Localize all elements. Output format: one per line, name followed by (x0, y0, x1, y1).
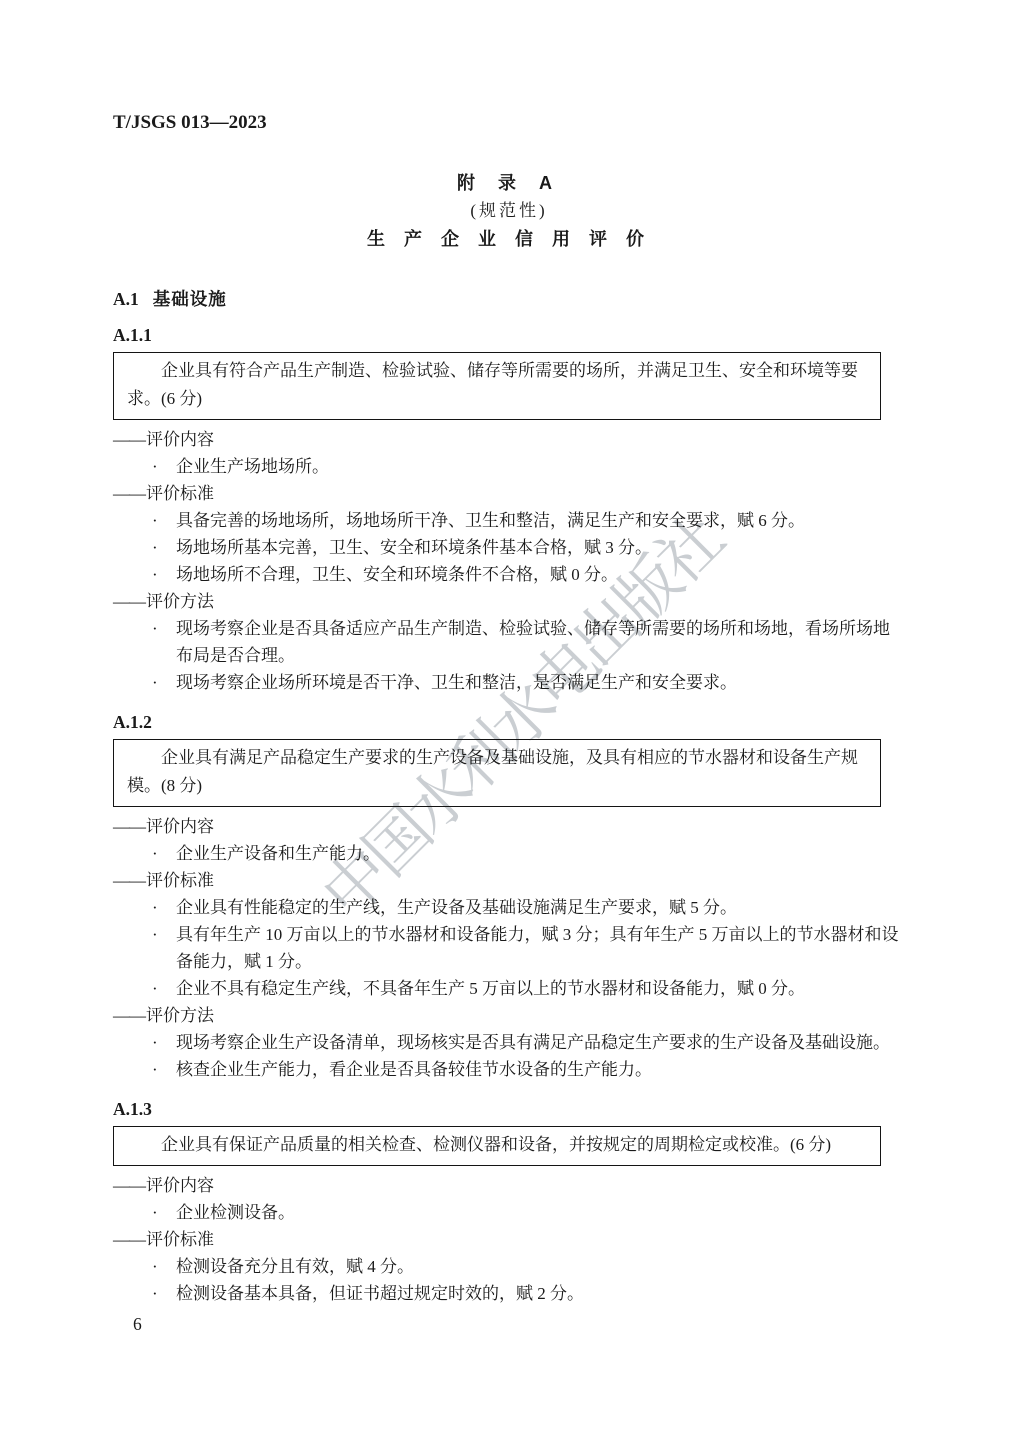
appendix-title-block: 附 录 A (规范性) 生 产 企 业 信 用 评 价 (113, 169, 905, 253)
bullet-icon: · (152, 1199, 158, 1226)
doc-code: T/JSGS 013—2023 (113, 113, 905, 133)
criteria-item-text: 企业不具有稳定生产线，不具备年生产 5 万亩以上的节水器材和设备能力，赋 0 分… (176, 979, 805, 998)
criteria-group-label: ——评价标准 (113, 480, 905, 507)
em-dash-prefix: —— (113, 871, 145, 890)
criteria-group-label: ——评价标准 (113, 1226, 905, 1253)
criteria-group-title: 评价方法 (146, 592, 214, 611)
criteria-item: ·检测设备基本具备，但证书超过规定时效的，赋 2 分。 (113, 1280, 905, 1307)
appendix-title: 生 产 企 业 信 用 评 价 (113, 225, 905, 253)
criteria-item-text: 场地场所不合理，卫生、安全和环境条件不合格，赋 0 分。 (176, 565, 618, 584)
requirement-text: 企业具有满足产品稳定生产要求的生产设备及基础设施，及具有相应的节水器材和设备生产… (127, 744, 867, 800)
criteria-item: ·企业具有性能稳定的生产线，生产设备及基础设施满足生产要求，赋 5 分。 (113, 894, 905, 921)
bullet-icon: · (152, 1280, 158, 1307)
bullet-icon: · (152, 1056, 158, 1083)
requirement-text: 企业具有保证产品质量的相关检查、检测仪器和设备，并按规定的周期检定或校准。(6 … (127, 1131, 867, 1159)
requirement-text: 企业具有符合产品生产制造、检验试验、储存等所需要的场所，并满足卫生、安全和环境等… (127, 357, 867, 413)
page-number: 6 (113, 1313, 905, 1335)
section-heading: A.1基础设施 (113, 289, 905, 309)
criteria-item: ·场地场所不合理，卫生、安全和环境条件不合格，赋 0 分。 (113, 561, 905, 588)
criteria-group-title: 评价标准 (146, 1230, 214, 1249)
criteria-group-label: ——评价内容 (113, 426, 905, 453)
bullet-icon: · (152, 1253, 158, 1280)
criteria-item: ·检测设备充分且有效，赋 4 分。 (113, 1253, 905, 1280)
criteria-item: ·具有年生产 10 万亩以上的节水器材和设备能力，赋 3 分；具有年生产 5 万… (113, 921, 905, 975)
bullet-icon: · (152, 921, 158, 948)
bullet-icon: · (152, 840, 158, 867)
bullet-icon: · (152, 453, 158, 480)
criteria-item: ·企业生产设备和生产能力。 (113, 840, 905, 867)
criteria-item: ·现场考察企业场所环境是否干净、卫生和整洁，是否满足生产和安全要求。 (113, 669, 905, 696)
criteria-group-title: 评价内容 (146, 430, 214, 449)
appendix-label: 附 录 A (113, 169, 905, 197)
page-content: T/JSGS 013—2023 附 录 A (规范性) 生 产 企 业 信 用 … (0, 0, 1020, 1335)
bullet-icon: · (152, 894, 158, 921)
appendix-normative-label: (规范性) (113, 197, 905, 225)
criteria-item: ·场地场所基本完善，卫生、安全和环境条件基本合格，赋 3 分。 (113, 534, 905, 561)
bullet-icon: · (152, 561, 158, 588)
criteria-item-text: 具有年生产 10 万亩以上的节水器材和设备能力，赋 3 分；具有年生产 5 万亩… (176, 925, 899, 971)
bullet-icon: · (152, 507, 158, 534)
criteria-item-text: 现场考察企业是否具备适应产品生产制造、检验试验、储存等所需要的场所和场地，看场所… (176, 619, 890, 665)
criteria-item: ·现场考察企业生产设备清单，现场核实是否具有满足产品稳定生产要求的生产设备及基础… (113, 1029, 905, 1056)
subsection-number: A.1.2 (113, 712, 905, 732)
em-dash-prefix: —— (113, 1006, 145, 1025)
document-page: 中国水利水电出版社 T/JSGS 013—2023 附 录 A (规范性) 生 … (0, 0, 1020, 1431)
criteria-group-title: 评价标准 (146, 484, 214, 503)
requirement-box: 企业具有满足产品稳定生产要求的生产设备及基础设施，及具有相应的节水器材和设备生产… (113, 739, 881, 807)
criteria-group-label: ——评价方法 (113, 588, 905, 615)
em-dash-prefix: —— (113, 484, 145, 503)
criteria-group-label: ——评价内容 (113, 813, 905, 840)
criteria-group-title: 评价内容 (146, 1176, 214, 1195)
criteria-item-text: 现场考察企业生产设备清单，现场核实是否具有满足产品稳定生产要求的生产设备及基础设… (176, 1033, 890, 1052)
criteria-item: ·核查企业生产能力，看企业是否具备较佳节水设备的生产能力。 (113, 1056, 905, 1083)
criteria-item-text: 企业具有性能稳定的生产线，生产设备及基础设施满足生产要求，赋 5 分。 (176, 898, 737, 917)
criteria-item-text: 检测设备基本具备，但证书超过规定时效的，赋 2 分。 (176, 1284, 584, 1303)
criteria-item: ·现场考察企业是否具备适应产品生产制造、检验试验、储存等所需要的场所和场地，看场… (113, 615, 905, 669)
bullet-icon: · (152, 975, 158, 1002)
criteria-item-text: 具备完善的场地场所，场地场所干净、卫生和整洁，满足生产和安全要求，赋 6 分。 (176, 511, 805, 530)
requirement-box: 企业具有保证产品质量的相关检查、检测仪器和设备，并按规定的周期检定或校准。(6 … (113, 1126, 881, 1166)
criteria-item-text: 核查企业生产能力，看企业是否具备较佳节水设备的生产能力。 (176, 1060, 652, 1079)
requirement-box: 企业具有符合产品生产制造、检验试验、储存等所需要的场所，并满足卫生、安全和环境等… (113, 352, 881, 420)
criteria-group-label: ——评价方法 (113, 1002, 905, 1029)
bullet-icon: · (152, 669, 158, 696)
criteria-item: ·具备完善的场地场所，场地场所干净、卫生和整洁，满足生产和安全要求，赋 6 分。 (113, 507, 905, 534)
em-dash-prefix: —— (113, 817, 145, 836)
em-dash-prefix: —— (113, 430, 145, 449)
subsection-number: A.1.3 (113, 1099, 905, 1119)
bullet-icon: · (152, 1029, 158, 1056)
subsection-number: A.1.1 (113, 325, 905, 345)
criteria-item: ·企业生产场地场所。 (113, 453, 905, 480)
criteria-group-label: ——评价内容 (113, 1172, 905, 1199)
section-number: A.1 (113, 289, 139, 309)
criteria-item-text: 检测设备充分且有效，赋 4 分。 (176, 1257, 414, 1276)
section-title: 基础设施 (153, 289, 227, 309)
bullet-icon: · (152, 615, 158, 642)
em-dash-prefix: —— (113, 1176, 145, 1195)
criteria-item: ·企业检测设备。 (113, 1199, 905, 1226)
criteria-item-text: 现场考察企业场所环境是否干净、卫生和整洁，是否满足生产和安全要求。 (176, 673, 737, 692)
criteria-item-text: 场地场所基本完善，卫生、安全和环境条件基本合格，赋 3 分。 (176, 538, 652, 557)
criteria-group-title: 评价标准 (146, 871, 214, 890)
em-dash-prefix: —— (113, 1230, 145, 1249)
criteria-item-text: 企业检测设备。 (176, 1203, 295, 1222)
criteria-group-title: 评价内容 (146, 817, 214, 836)
criteria-item-text: 企业生产场地场所。 (176, 457, 329, 476)
em-dash-prefix: —— (113, 592, 145, 611)
criteria-group-title: 评价方法 (146, 1006, 214, 1025)
criteria-item-text: 企业生产设备和生产能力。 (176, 844, 380, 863)
criteria-group-label: ——评价标准 (113, 867, 905, 894)
bullet-icon: · (152, 534, 158, 561)
criteria-item: ·企业不具有稳定生产线，不具备年生产 5 万亩以上的节水器材和设备能力，赋 0 … (113, 975, 905, 1002)
subsections-container: A.1.1企业具有符合产品生产制造、检验试验、储存等所需要的场所，并满足卫生、安… (113, 325, 905, 1307)
